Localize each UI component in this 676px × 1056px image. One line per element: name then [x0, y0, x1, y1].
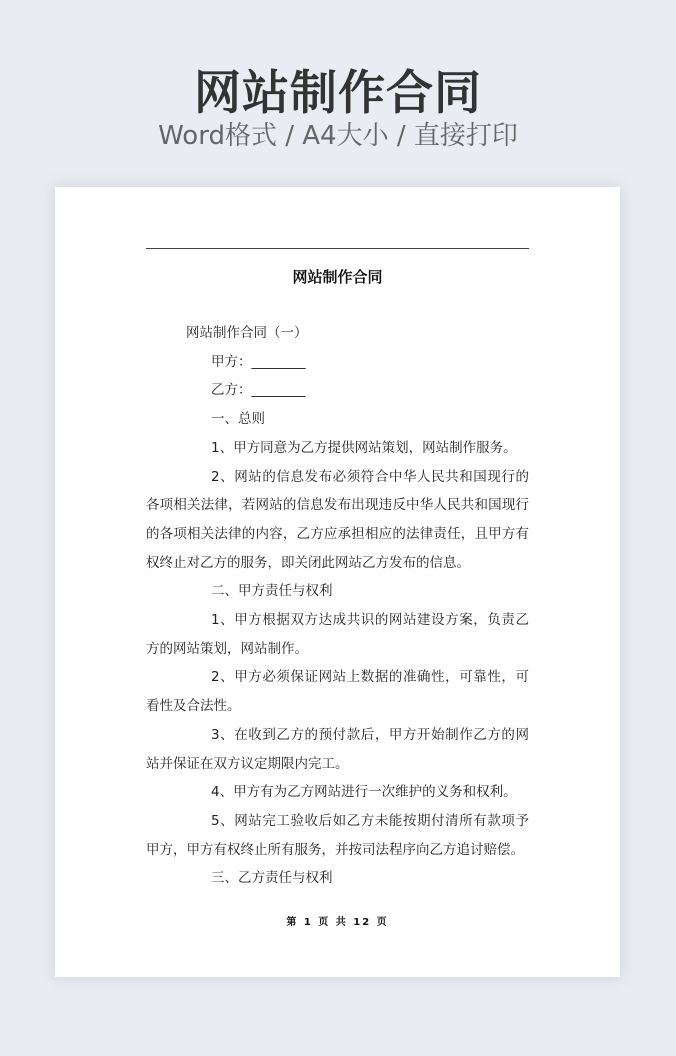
paragraph: 2、网站的信息发布必须符合中华人民共和国现行的各项相关法律，若网站的信息发布出现…	[146, 463, 529, 578]
paragraph: 网站制作合同（一）	[146, 319, 529, 348]
paragraph: 4、甲方有为乙方网站进行一次维护的义务和权利。	[146, 778, 529, 807]
paragraph: 1、甲方同意为乙方提供网站策划，网站制作服务。	[146, 434, 529, 463]
paragraph: 3、在收到乙方的预付款后，甲方开始制作乙方的网站并保证在双方议定期限内完工。	[146, 721, 529, 778]
banner-title: 网站制作合同	[0, 64, 676, 124]
document-title: 网站制作合同	[146, 265, 529, 289]
party-b-line: 乙方：________	[146, 376, 529, 405]
paragraph: 5、网站完工验收后如乙方未能按期付清所有款项予甲方，甲方有权终止所有服务，并按司…	[146, 807, 529, 864]
section-heading: 三、乙方责任与权利	[146, 864, 529, 893]
party-a-line: 甲方：________	[146, 348, 529, 377]
banner-subtitle: Word格式 / A4大小 / 直接打印	[0, 118, 676, 154]
paragraph: 2、甲方必须保证网站上数据的准确性，可靠性，可看性及合法性。	[146, 663, 529, 720]
section-heading: 二、甲方责任与权利	[146, 577, 529, 606]
page-number: 第 1 页 共 12 页	[55, 913, 620, 928]
header-rule	[146, 248, 529, 249]
document-page: 网站制作合同 网站制作合同（一） 甲方：________ 乙方：________…	[55, 187, 620, 977]
section-heading: 一、总则	[146, 405, 529, 434]
document-body: 网站制作合同（一） 甲方：________ 乙方：________ 一、总则 1…	[146, 319, 529, 893]
paragraph: 1、甲方根据双方达成共识的网站建设方案，负责乙方的网站策划，网站制作。	[146, 606, 529, 663]
